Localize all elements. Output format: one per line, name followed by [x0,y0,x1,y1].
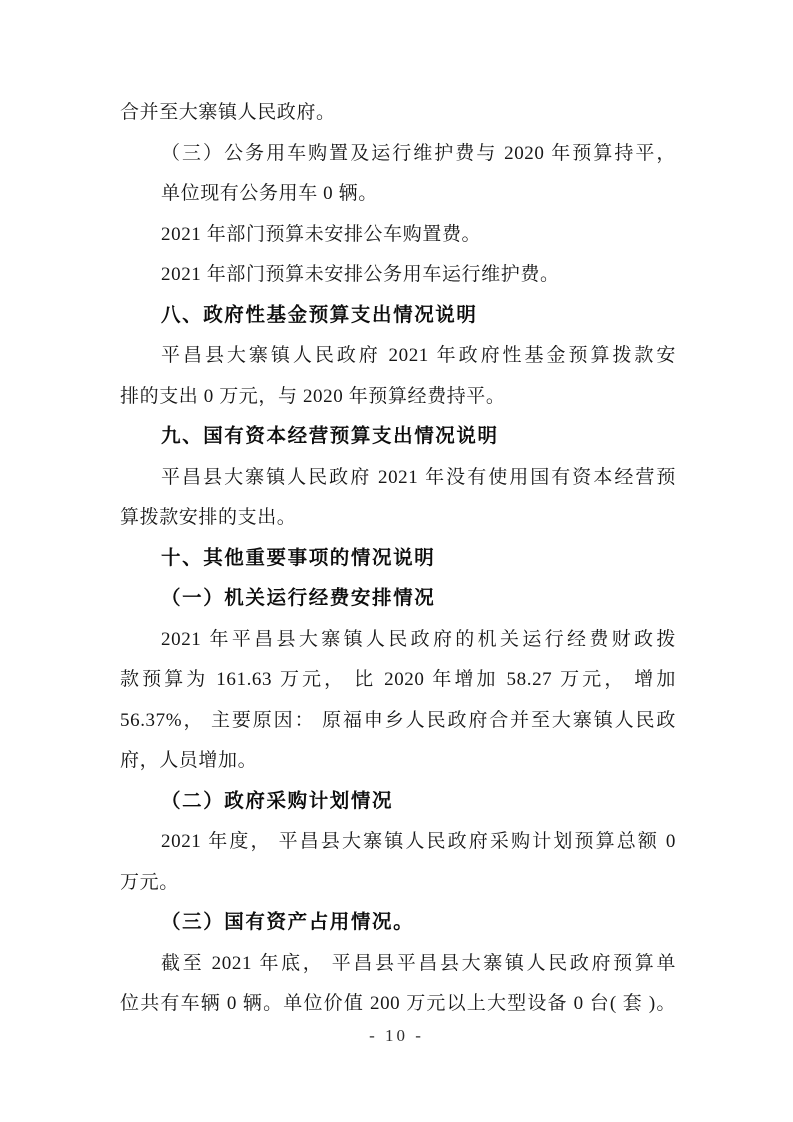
paragraph-line: 款预算为 161.63 万元， 比 2020 年增加 58.27 万元， 增加 [120,660,676,701]
paragraph-line: 平昌县大寨镇人民政府 2021 年没有使用国有资本经营预 [120,458,676,499]
paragraph-line: 2021 年度， 平昌县大寨镇人民政府采购计划预算总额 0 [120,822,676,863]
paragraph-line: 万元。 [120,863,676,904]
document-body: 合并至大寨镇人民政府。 （三）公务用车购置及运行维护费与 2020 年预算持平，… [120,93,676,1025]
paragraph-line: 位共有车辆 0 辆。单位价值 200 万元以上大型设备 0 台( 套 )。 [120,984,676,1025]
paragraph-line: 平昌县大寨镇人民政府 2021 年政府性基金预算拨款安 [120,336,676,377]
section-heading-8: 八、政府性基金预算支出情况说明 [120,296,676,337]
paragraph-line: 排的支出 0 万元，与 2020 年预算经费持平。 [120,377,676,418]
paragraph-line: 府，人员增加。 [120,741,676,782]
paragraph-line: 算拨款安排的支出。 [120,498,676,539]
section-heading-9: 九、国有资本经营预算支出情况说明 [120,417,676,458]
paragraph-line: 截至 2021 年底， 平昌县平昌县大寨镇人民政府预算单 [120,944,676,985]
subsection-heading-3: （三）国有资产占用情况。 [120,903,676,944]
paragraph-line: 56.37%， 主要原因： 原福申乡人民政府合并至大寨镇人民政 [120,701,676,742]
paragraph-line: 2021 年平昌县大寨镇人民政府的机关运行经费财政拨 [120,620,676,661]
paragraph-line: （三）公务用车购置及运行维护费与 2020 年预算持平， [120,134,676,175]
paragraph-line: 2021 年部门预算未安排公务用车运行维护费。 [120,255,676,296]
subsection-heading-1: （一）机关运行经费安排情况 [120,579,676,620]
subsection-heading-2: （二）政府采购计划情况 [120,782,676,823]
paragraph-line: 2021 年部门预算未安排公车购置费。 [120,215,676,256]
section-heading-10: 十、其他重要事项的情况说明 [120,539,676,580]
paragraph-line: 合并至大寨镇人民政府。 [120,93,676,134]
paragraph-line: 单位现有公务用车 0 辆。 [120,174,676,215]
page-number: - 10 - [0,1026,793,1046]
document-page: 合并至大寨镇人民政府。 （三）公务用车购置及运行维护费与 2020 年预算持平，… [0,0,793,1122]
